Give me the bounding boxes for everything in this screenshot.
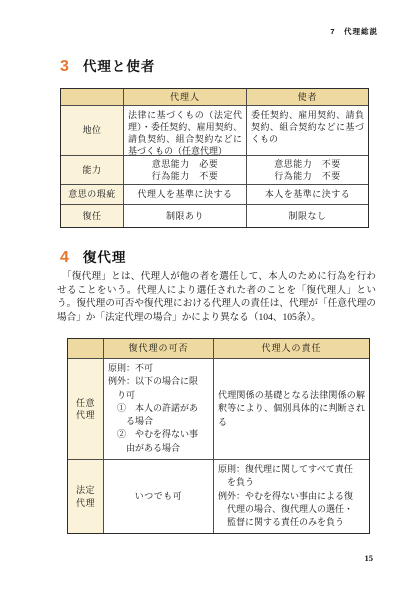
table1-status-agent: 法律に基づくもの（法定代理）・委任契約、雇用契約、請負契約、組合契約などに基づく…: [124, 106, 247, 156]
section-4-paragraph: 「復代理」とは、代理人が他の者を選任して、本人のために行為を行わせることをいう。…: [57, 270, 376, 324]
section-3-title: 代理と使者: [83, 55, 156, 75]
table1-header-messenger: 使者: [247, 89, 368, 106]
table1-row-label-defect: 意思の瑕疵: [61, 185, 124, 205]
table2-corner-cell: [68, 339, 104, 359]
table2-voluntary-responsibility: 代理関係の基礎となる法律関係の解釈等により、個別具体的に判断される: [214, 359, 369, 460]
table2-voluntary-availability: 原則：不可 例外：以下の場合に限 り可 ① 本人の許諾があ る場合 ② やむを得…: [104, 359, 214, 460]
table1-status-messenger: 委任契約、雇用契約、請負契約、組合契約などに基づくもの: [247, 106, 368, 156]
table1-row-label-capacity: 能力: [61, 156, 124, 185]
running-header: 7 代理総説: [330, 26, 378, 37]
table2-row-label-statutory: 法定 代理: [68, 460, 104, 533]
section-3-number: 3: [60, 58, 69, 76]
section-4-title: 復代理: [83, 246, 127, 266]
section-3-heading: 3 代理と使者: [60, 55, 155, 76]
table1-corner-cell: [61, 89, 124, 106]
book-page: 7 代理総説 3 代理と使者 代理人 使者 地位 法律に基づくもの（法定代理）・…: [0, 0, 420, 595]
table2-header-availability: 復代理の可否: [104, 339, 214, 359]
table2-statutory-responsibility: 原則：復代理に関してすべて責任 を負う 例外：やむを得ない事由による復 代理の場…: [214, 460, 369, 533]
table2-row-label-voluntary: 任意 代理: [68, 359, 104, 460]
agent-vs-messenger-table: 代理人 使者 地位 法律に基づくもの（法定代理）・委任契約、雇用契約、請負契約、…: [60, 88, 369, 228]
table2-statutory-availability: いつでも可: [104, 460, 214, 533]
section-4-heading: 4 復代理: [60, 246, 126, 267]
table1-defect-agent: 代理人を基準に決する: [124, 185, 247, 205]
table2-header-responsibility: 代理人の責任: [214, 339, 369, 359]
table1-capacity-messenger: 意思能力 不要 行為能力 不要: [247, 156, 368, 185]
table1-header-agent: 代理人: [124, 89, 247, 106]
table2-voluntary-responsibility-text: 代理関係の基礎となる法律関係の解釈等により、個別具体的に判断される: [218, 389, 365, 429]
table1-row-label-status: 地位: [61, 106, 124, 156]
page-number: 15: [365, 553, 374, 563]
table1-delegation-messenger: 制限なし: [247, 205, 368, 227]
table1-capacity-agent: 意思能力 必要 行為能力 不要: [124, 156, 247, 185]
table1-delegation-agent: 制限あり: [124, 205, 247, 227]
table1-row-label-delegation: 復任: [61, 205, 124, 227]
subagency-table: 復代理の可否 代理人の責任 任意 代理 原則：不可 例外：以下の場合に限 り可 …: [67, 338, 370, 534]
table1-defect-messenger: 本人を基準に決する: [247, 185, 368, 205]
section-4-number: 4: [60, 249, 69, 267]
